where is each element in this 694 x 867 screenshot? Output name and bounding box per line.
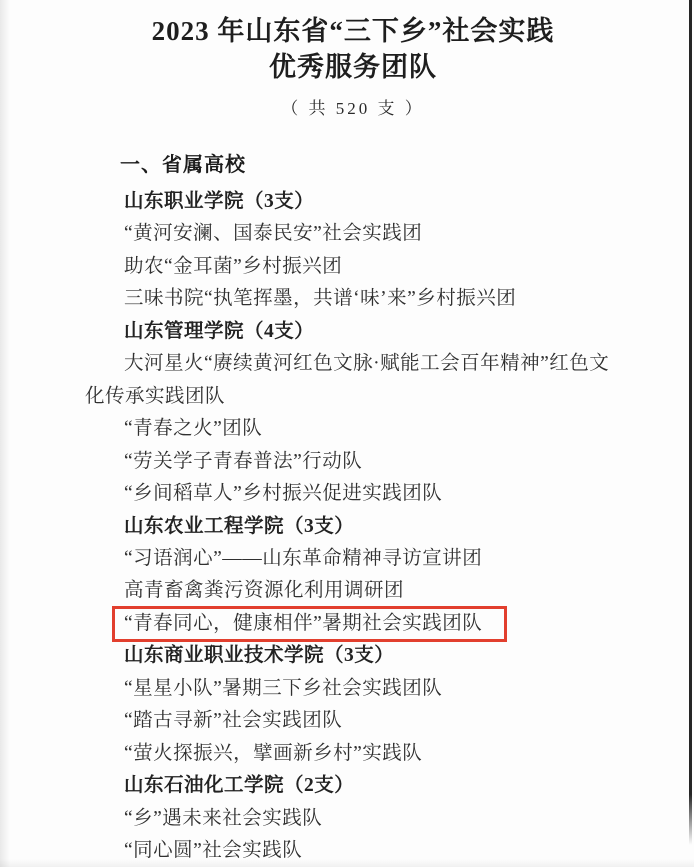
list-item: “星星小队”暑期三下乡社会实践团队	[85, 673, 613, 705]
list-item: 高青畜禽粪污资源化利用调研团	[85, 575, 613, 607]
list-item: “青春同心，健康相伴”暑期社会实践团队	[85, 608, 613, 640]
list-item-text: 山东农业工程学院（3支）	[124, 516, 354, 537]
list-item: 大河星火“赓续黄河红色文脉·赋能工会百年精神”红色文化传承实践团队	[85, 348, 613, 413]
list-item-text: 山东商业职业技术学院（3支）	[124, 645, 394, 666]
list-item: 山东农业工程学院（3支）	[85, 511, 613, 543]
list-item: 三味书院“执笔挥墨，共谱‘味’来”乡村振兴团	[85, 283, 613, 315]
list-item-text: “萤火探振兴，擘画新乡村”实践队	[124, 743, 422, 764]
list-item-text: “同心圆”社会实践队	[124, 840, 302, 861]
list-item-text: 助农“金耳菌”乡村振兴团	[124, 256, 342, 277]
list-item: “黄河安澜、国泰民安”社会实践团	[85, 218, 613, 250]
list-item: 山东石油化工学院（2支）	[85, 770, 613, 802]
document-title-line1: 2023 年山东省“三下乡”社会实践	[12, 13, 694, 49]
section-heading: 一、省属高校	[85, 148, 246, 177]
list-item: “踏古寻新”社会实践团队	[85, 705, 613, 737]
list-item: 山东商业职业技术学院（3支）	[85, 640, 613, 672]
list-item: “习语润心”——山东革命精神寻访宣讲团	[85, 543, 613, 575]
list-item: “劳关学子青春普法”行动队	[85, 446, 613, 478]
list-item-text: 大河星火“赓续黄河红色文脉·赋能工会百年精神”红色文化传承实践团队	[85, 353, 609, 406]
list-item-text: “青春之火”团队	[124, 418, 262, 439]
list-item-text: 三味书院“执笔挥墨，共谱‘味’来”乡村振兴团	[124, 288, 516, 309]
list-item-text: 山东管理学院（4支）	[124, 321, 314, 342]
list-item-text: “劳关学子青春普法”行动队	[124, 451, 362, 472]
document-title-line2: 优秀服务团队	[12, 49, 694, 85]
list-item: “乡间稻草人”乡村振兴促进实践团队	[85, 478, 613, 510]
list-item-text: “习语润心”——山东革命精神寻访宣讲团	[124, 548, 482, 569]
list-item-text: “踏古寻新”社会实践团队	[124, 710, 342, 731]
document-header: 2023 年山东省“三下乡”社会实践 优秀服务团队 （ 共 520 支 ）	[12, 13, 694, 119]
list-item-text: 山东石油化工学院（2支）	[124, 775, 354, 796]
list-item: 山东职业学院（3支）	[85, 186, 613, 218]
list-item-text: “黄河安澜、国泰民安”社会实践团	[124, 223, 422, 244]
list-item-text: “星星小队”暑期三下乡社会实践团队	[124, 678, 442, 699]
scan-edge-line	[689, 0, 692, 845]
list-item: 助农“金耳菌”乡村振兴团	[85, 251, 613, 283]
list-item: “青春之火”团队	[85, 413, 613, 445]
team-count: （ 共 520 支 ）	[12, 94, 694, 119]
list-item: 山东管理学院（4支）	[85, 316, 613, 348]
list-item: “同心圆”社会实践队	[85, 835, 613, 867]
list-item-text: “乡间稻草人”乡村振兴促进实践团队	[124, 483, 442, 504]
list-item-text: 高青畜禽粪污资源化利用调研团	[124, 580, 404, 601]
list-item: “萤火探振兴，擘画新乡村”实践队	[85, 738, 613, 770]
scanned-document-page: 2023 年山东省“三下乡”社会实践 优秀服务团队 （ 共 520 支 ） 一、…	[0, 0, 694, 867]
list-item-text: 山东职业学院（3支）	[124, 191, 314, 212]
list-item-text: “青春同心，健康相伴”暑期社会实践团队	[124, 613, 482, 634]
team-list: 山东职业学院（3支）“黄河安澜、国泰民安”社会实践团助农“金耳菌”乡村振兴团三味…	[85, 186, 613, 867]
list-item-text: “乡”遇未来社会实践队	[124, 808, 322, 829]
list-item: “乡”遇未来社会实践队	[85, 803, 613, 835]
